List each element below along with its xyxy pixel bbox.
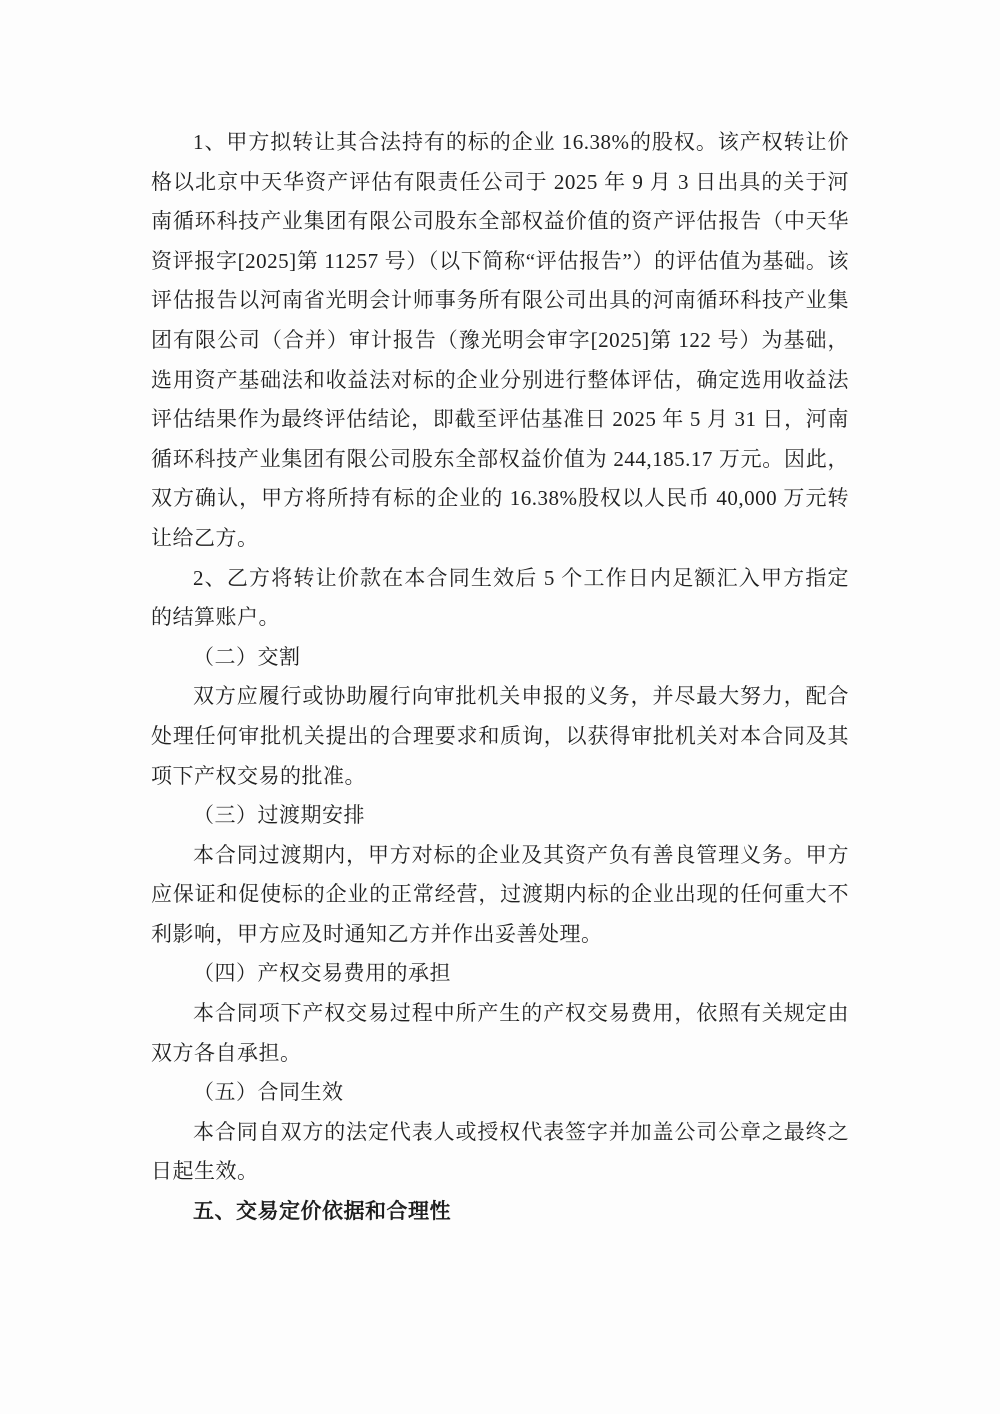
paragraph-effective-body: 本合同自双方的法定代表人或授权代表签字并加盖公司公章之最终之日起生效。: [151, 1113, 849, 1192]
paragraph-delivery-body: 双方应履行或协助履行向审批机关申报的义务，并尽最大努力，配合处理任何审批机关提出…: [151, 677, 849, 796]
chapter-heading-pricing-basis: 五、交易定价依据和合理性: [151, 1192, 849, 1232]
subsection-heading-fees: （四）产权交易费用的承担: [151, 954, 849, 994]
paragraph-fees-body: 本合同项下产权交易过程中所产生的产权交易费用，依照有关规定由双方各自承担。: [151, 994, 849, 1073]
subsection-heading-delivery: （二）交割: [151, 638, 849, 678]
subsection-heading-effective: （五）合同生效: [151, 1073, 849, 1113]
document-text-block: 1、甲方拟转让其合法持有的标的企业 16.38%的股权。该产权转让价格以北京中天…: [151, 123, 849, 1232]
subsection-heading-transition: （三）过渡期安排: [151, 796, 849, 836]
paragraph-clause-2-payment: 2、乙方将转让价款在本合同生效后 5 个工作日内足额汇入甲方指定的结算账户。: [151, 559, 849, 638]
paragraph-transition-body: 本合同过渡期内，甲方对标的企业及其资产负有善良管理义务。甲方应保证和促使标的企业…: [151, 836, 849, 955]
paragraph-clause-1-price: 1、甲方拟转让其合法持有的标的企业 16.38%的股权。该产权转让价格以北京中天…: [151, 123, 849, 559]
document-page: 1、甲方拟转让其合法持有的标的企业 16.38%的股权。该产权转让价格以北京中天…: [0, 0, 1000, 1414]
